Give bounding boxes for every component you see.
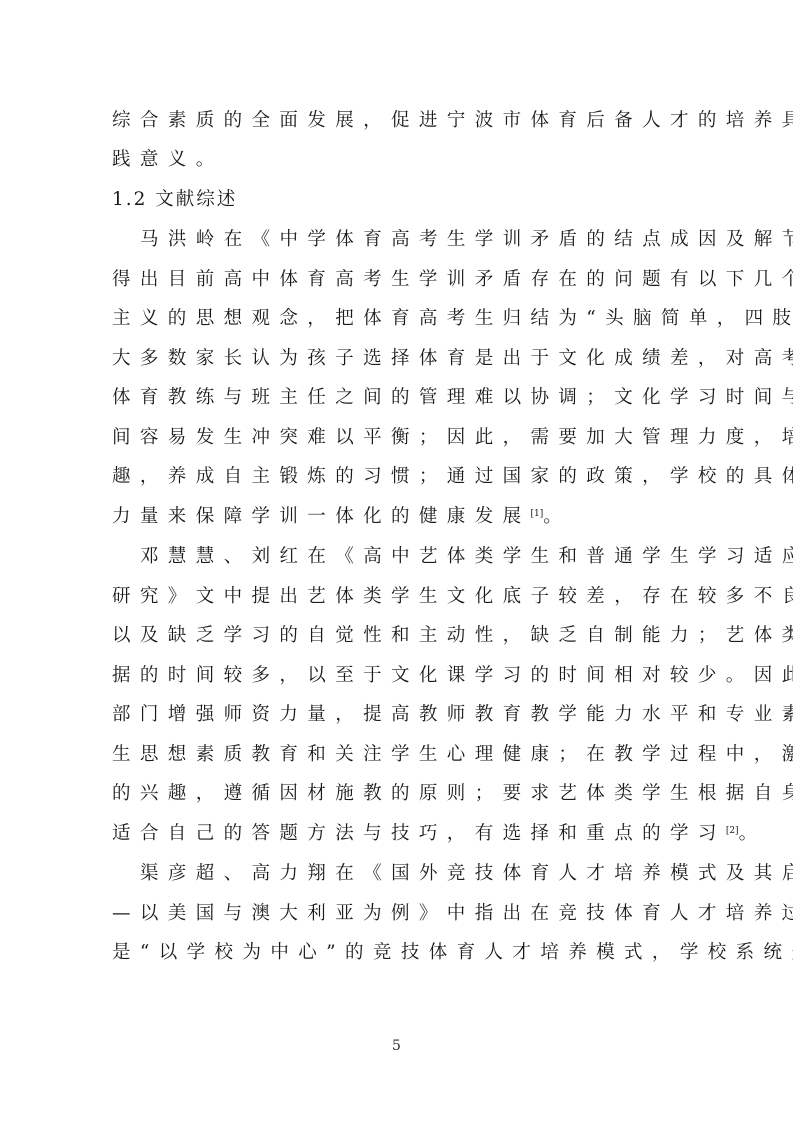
citation-ref[interactable]: [2] (726, 826, 739, 836)
page-number: 5 (392, 1038, 401, 1054)
text-line: 大多数家长认为孩子选择体育是出于文化成绩差，对高考没有信心； (112, 347, 793, 371)
citation-ref[interactable]: [1] (531, 509, 544, 519)
period: 。 (543, 506, 571, 527)
text-line: 体育教练与班主任之间的管理难以协调；文化学习时间与体育训练时 (112, 386, 793, 410)
text-line: 综合素质的全面发展，促进宁波市体育后备人才的培养具有较强的实 (112, 109, 793, 133)
text-line: 践意义。 (112, 148, 224, 172)
text-line: 邓慧慧、刘红在《高中艺体类学生和普通学生学习适应性的比较 (140, 545, 793, 569)
text-line: 间容易发生冲突难以平衡；因此，需要加大管理力度，培养学生的兴 (112, 426, 793, 450)
text-line: 研究》文中提出艺体类学生文化底子较差，存在较多不良的学习习惯 (112, 585, 793, 609)
text-line: 趣，养成自主锻炼的习惯；通过国家的政策，学校的具体实践，社会 (112, 465, 793, 489)
text-line: 的兴趣，遵循因材施教的原则；要求艺体类学生根据自身情况，选择 (112, 782, 793, 806)
period: 。 (739, 823, 767, 844)
text-line: 得出目前高中体育高考生学训矛盾存在的问题有以下几个方面：锦标 (112, 268, 793, 292)
text-line: 渠彦超、高力翔在《国外竞技体育人才培养模式及其启示(一)— (140, 862, 793, 886)
text-line: 适合自己的答题方法与技巧，有选择和重点的学习[2]。 (112, 822, 766, 846)
section-heading: 1.2 文献综述 (112, 188, 237, 212)
text: 适合自己的答题方法与技巧，有选择和重点的学习 (112, 823, 726, 844)
text-line: 部门增强师资力量，提高教师教育教学能力水平和专业素养；加强学 (112, 703, 793, 727)
text-line: 力量来保障学训一体化的健康发展[1]。 (112, 505, 571, 529)
text-line: 是“以学校为中心”的竞技体育人才培养模式，学校系统是其竞技体 (112, 941, 793, 965)
text-line: 生思想素质教育和关注学生心理健康；在教学过程中，激发学生学习 (112, 743, 793, 767)
text-line: 马洪岭在《中学体育高考生学训矛盾的结点成因及解节策略》中 (140, 228, 793, 252)
text: 力量来保障学训一体化的健康发展 (112, 506, 531, 527)
text-line: —以美国与澳大利亚为例》中指出在竞技体育人才培养过程中，美国 (112, 902, 793, 926)
text-line: 以及缺乏学习的自觉性和主动性，缺乏自制能力；艺体类学生训练占 (112, 624, 793, 648)
text-line: 主义的思想观念，把体育高考生归结为“头脑简单，四肢发达”，而 (112, 307, 793, 331)
text-line: 据的时间较多，以至于文化课学习的时间相对较少。因此，建议相关 (112, 664, 793, 688)
